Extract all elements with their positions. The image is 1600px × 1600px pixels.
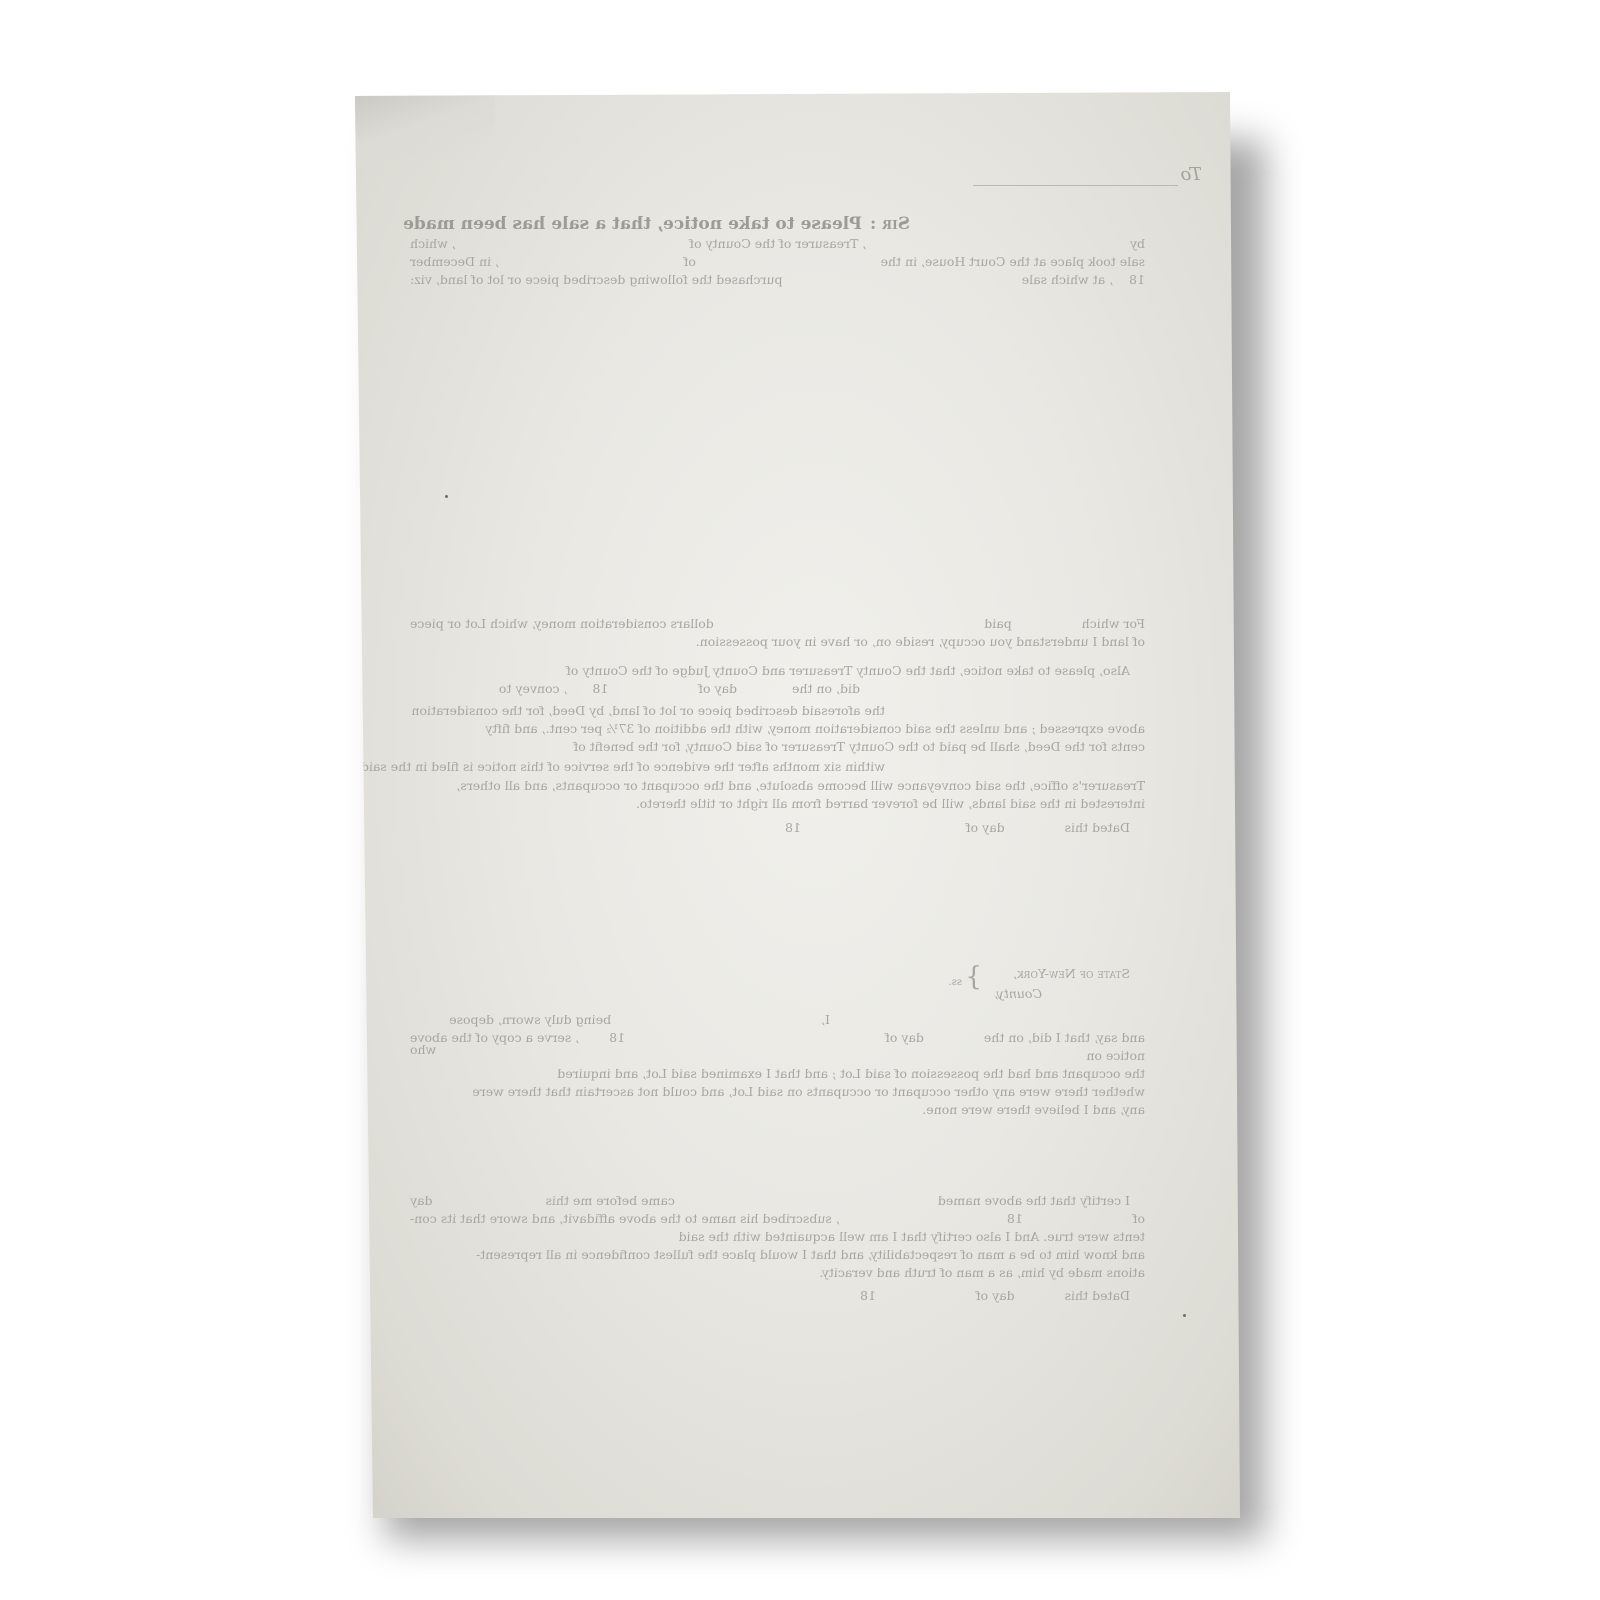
- show-through-text-layer: To Sir : Please to take notice, that a s…: [355, 92, 1240, 1518]
- notice-line: sale took place at the Court House, in t…: [410, 256, 1145, 269]
- notice-line: 18 , at which sale purchased the followi…: [410, 274, 1145, 287]
- venue-ss: ss.: [949, 978, 962, 988]
- also-line: within six months after the evidence of …: [361, 761, 885, 774]
- also-line: the aforesaid described piece or lot of …: [411, 705, 885, 718]
- affidavit-line: notice on who: [410, 1050, 1145, 1063]
- also-line: cents for the Deed, shall be paid to the…: [410, 741, 1145, 754]
- consideration-line: For whichpaid dollars consideration mone…: [410, 618, 1145, 631]
- brace-icon: }: [965, 962, 982, 992]
- venue-state: State of New-York,: [1013, 968, 1130, 981]
- also-line: interested in the said lands, will be fo…: [410, 798, 1145, 811]
- also-line: Treasurer's office, the said conveyance …: [410, 780, 1145, 793]
- certificate-line: tents were true. And I also certify that…: [410, 1231, 1145, 1244]
- to-label: To: [1181, 164, 1202, 185]
- affidavit-line: and say, that I did, on theday of 18, se…: [410, 1032, 1145, 1045]
- notice-line: by , Treasurer of the County of , which: [410, 238, 1145, 251]
- also-line: did, on theday of18, convey to: [499, 683, 860, 696]
- certificate-line: I certify that the above named came befo…: [410, 1195, 1130, 1208]
- certificate-line: and know him to be a man of respectabili…: [410, 1249, 1145, 1262]
- affidavit-line: any, and I believe there were none.: [410, 1104, 1145, 1117]
- affidavit-line: I,being duly sworn, depose: [449, 1014, 830, 1027]
- dated-line: Dated thisday of18: [785, 822, 1130, 835]
- document-page: To Sir : Please to take notice, that a s…: [355, 92, 1240, 1518]
- notice-opening: Sir : Please to take notice, that a sale…: [403, 216, 910, 233]
- affidavit-line: the occupant and had the possession of s…: [410, 1068, 1145, 1081]
- addressee-line: [973, 185, 1178, 186]
- dated-line: Dated thisday of18: [860, 1290, 1130, 1303]
- also-line: above expressed ; and unless the said co…: [410, 723, 1145, 736]
- affidavit-line: whether there were any other occupant or…: [410, 1086, 1145, 1099]
- consideration-line: of land I understand you occupy, reside …: [410, 636, 1145, 649]
- also-line: Also, please to take notice, that the Co…: [395, 665, 1130, 678]
- certificate-line: of18 , subscribed his name to the above …: [410, 1213, 1145, 1226]
- venue-county: County,: [994, 988, 1042, 1001]
- certificate-line: ations made by him, as a man of truth an…: [410, 1267, 1145, 1280]
